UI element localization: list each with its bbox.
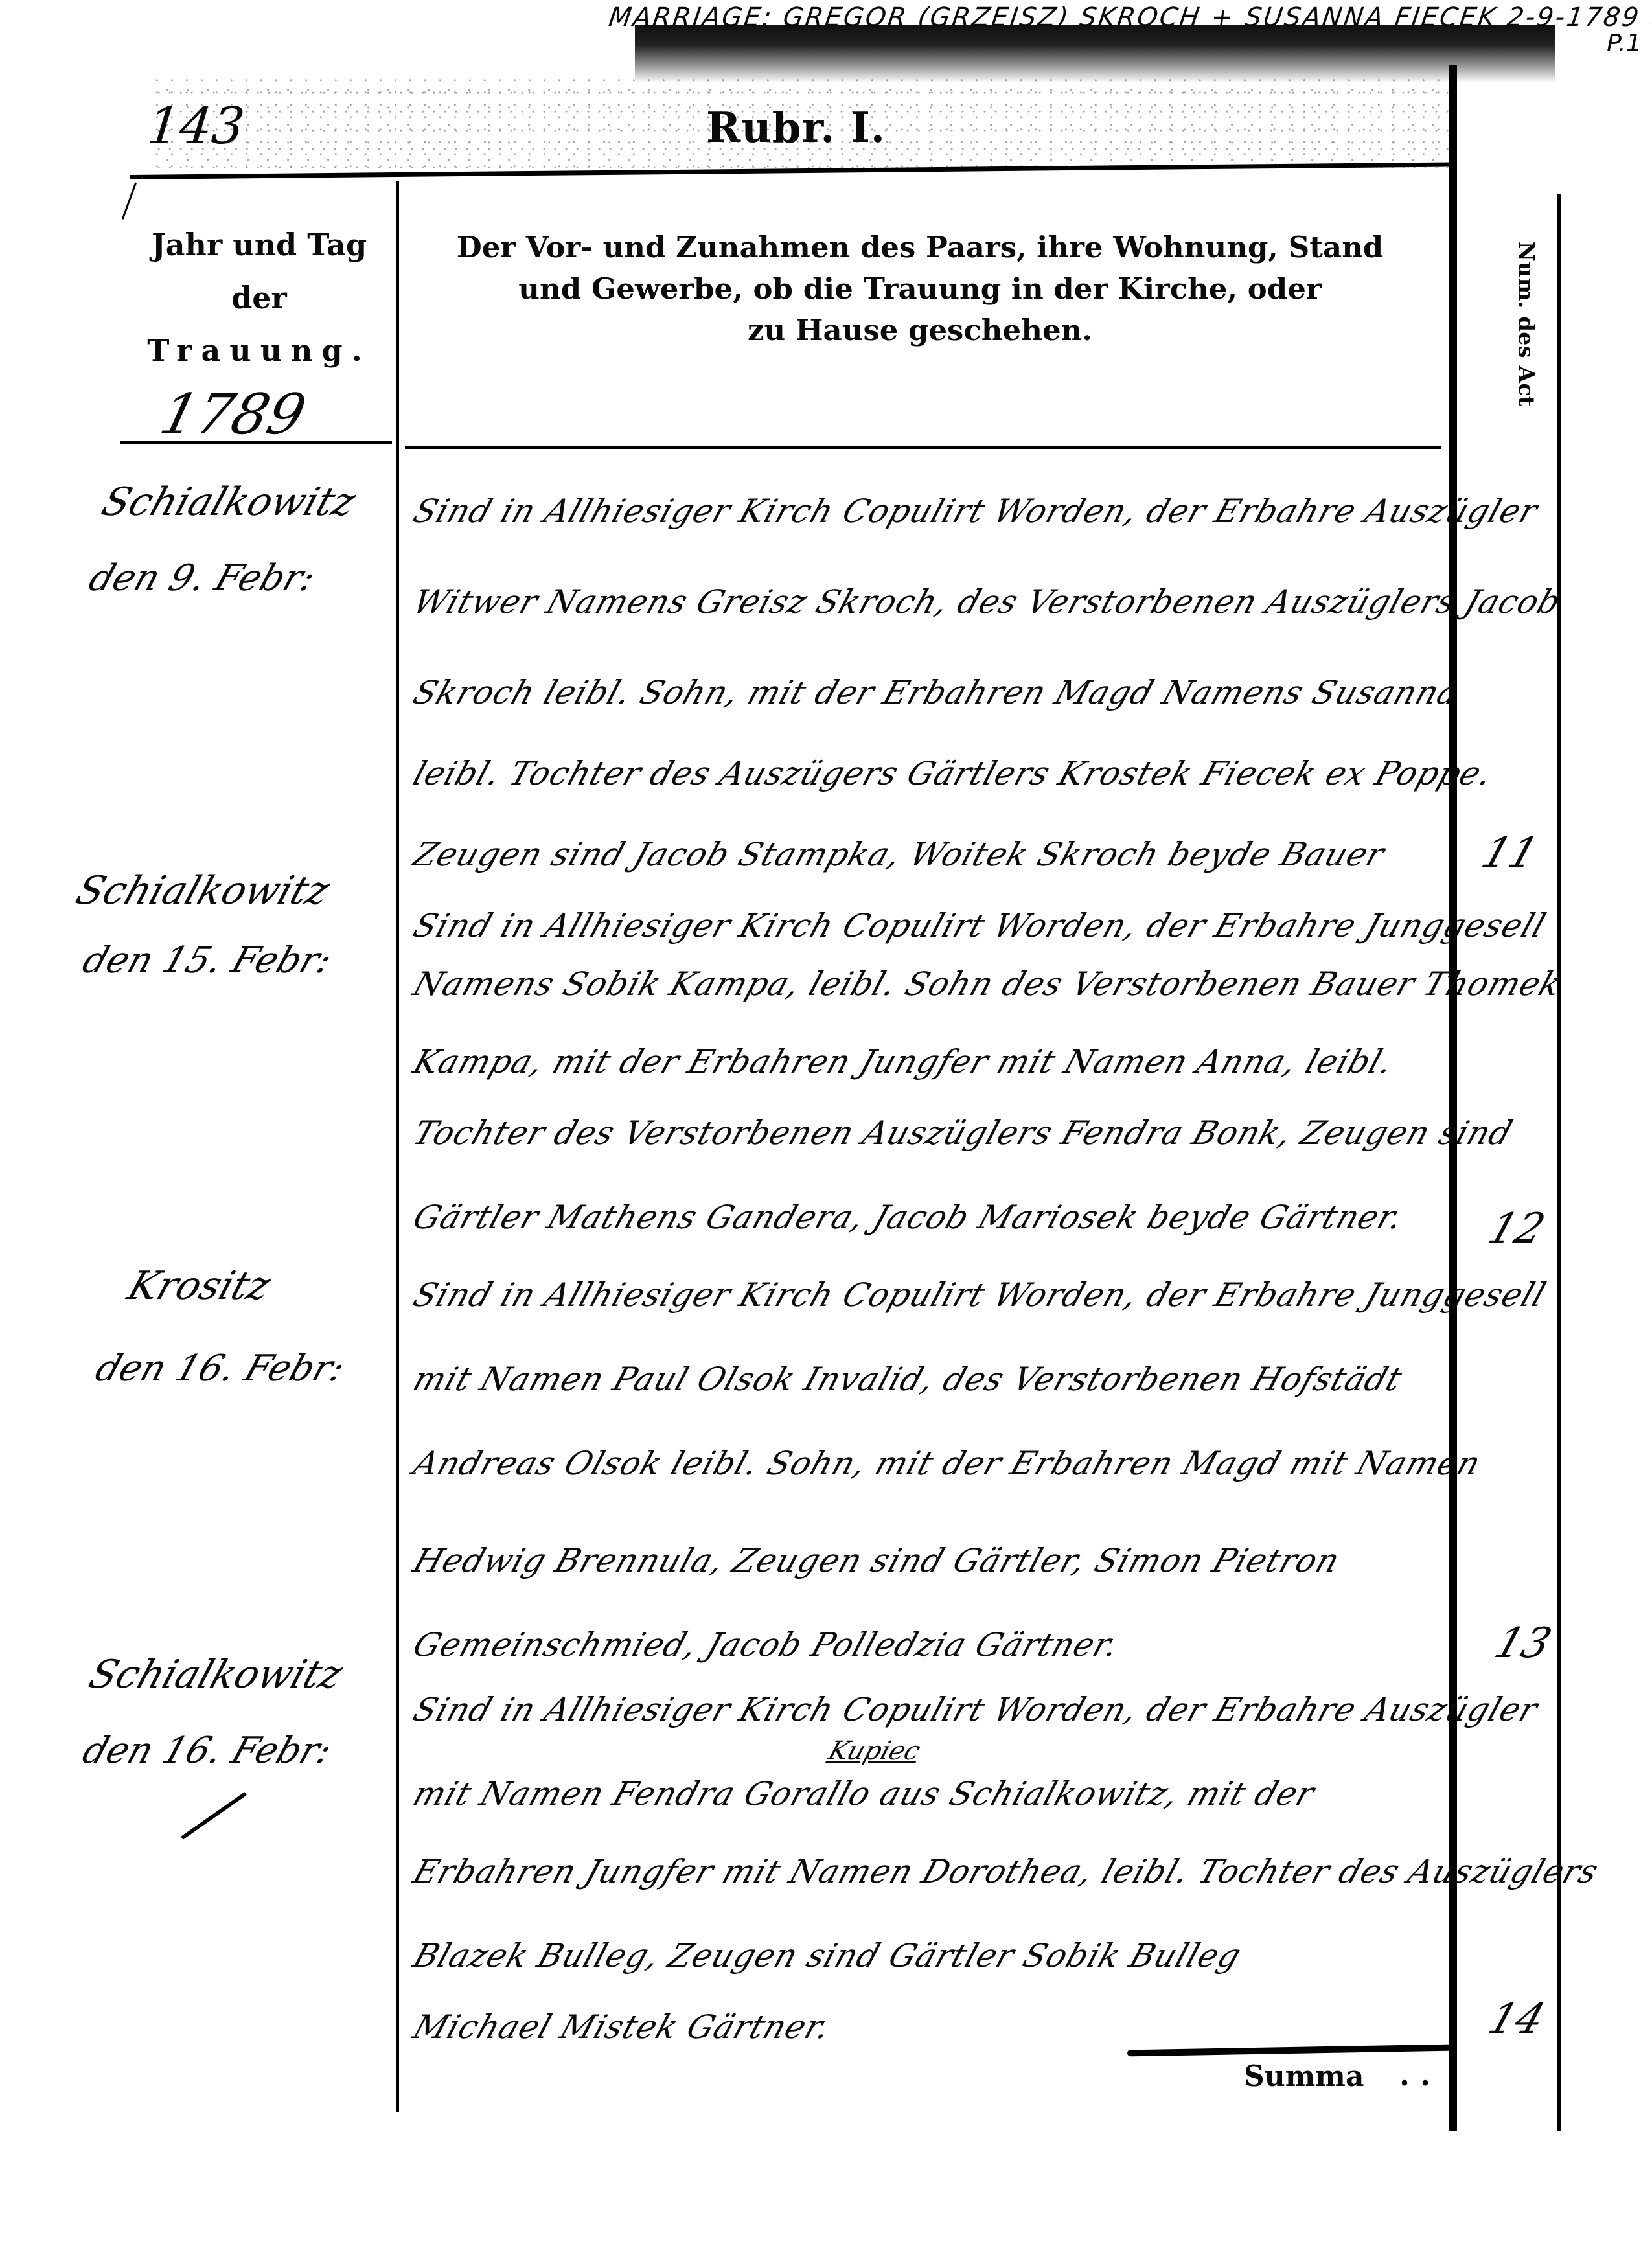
entry-1-line-4: leibl. Tochter des Auszügers Gärtlers Kr… xyxy=(409,755,1498,792)
entry-2-line-4: Tochter des Verstorbenen Auszüglers Fend… xyxy=(409,1114,1518,1152)
left-margin-rule xyxy=(122,182,137,219)
column-divider-date xyxy=(396,181,399,2112)
entry-2-line-3: Kampa, mit der Erbahren Jungfer mit Name… xyxy=(409,1043,1399,1081)
entry-4-place: Schialkowitz xyxy=(84,1652,349,1697)
photocopy-dark-band xyxy=(635,25,1555,83)
entry-2-line-2: Namens Sobik Kampa, leibl. Sohn des Vers… xyxy=(409,965,1566,1003)
entry-4-line-4: Blazek Bulleg, Zeugen sind Gärtler Sobik… xyxy=(409,1937,1246,1975)
entry-3-line-5: Gemeinschmied, Jacob Polledzia Gärtner. xyxy=(409,1626,1124,1664)
entry-2-line-1: Sind in Allhiesiger Kirch Copulirt Worde… xyxy=(409,907,1551,945)
entry-3-line-4: Hedwig Brennula, Zeugen sind Gärtler, Si… xyxy=(409,1542,1345,1579)
entry-4-line-1: Sind in Allhiesiger Kirch Copulirt Worde… xyxy=(409,1691,1543,1728)
annotation-page-marker: P.1 xyxy=(1607,29,1642,57)
entry-4-dash xyxy=(181,1792,247,1840)
entry-2-place: Schialkowitz xyxy=(71,868,336,913)
year-entry: 1789 xyxy=(154,382,312,447)
header-date-line-3: Trauung. xyxy=(130,332,389,370)
entry-3-line-3: Andreas Olsok leibl. Sohn, mit der Erbah… xyxy=(409,1445,1486,1482)
entry-3-line-2: mit Namen Paul Olsok Invalid, des Versto… xyxy=(409,1360,1407,1398)
entry-3-line-1: Sind in Allhiesiger Kirch Copulirt Worde… xyxy=(409,1276,1551,1314)
entry-3-place: Krositz xyxy=(122,1263,277,1309)
entry-4-act-number: 14 xyxy=(1482,1995,1550,2043)
summa-rule xyxy=(1127,2045,1451,2057)
header-date-line-1: Jahr und Tag xyxy=(130,227,389,264)
entry-2-line-5: Gärtler Mathens Gandera, Jacob Mariosek … xyxy=(409,1198,1408,1236)
entry-1-act-number: 11 xyxy=(1476,829,1544,877)
entry-4-day: den 16. Febr: xyxy=(77,1730,337,1772)
column-divider-names-thick xyxy=(1449,65,1457,2131)
header-names-line-1: Der Vor- und Zunahmen des Paars, ihre Wo… xyxy=(402,227,1438,268)
entry-4-interlinear-note: Kupiec xyxy=(825,1736,924,1766)
header-number-label: Num. des Act xyxy=(1512,242,1540,407)
entry-2-day: den 15. Febr: xyxy=(77,939,337,981)
header-date-line-2: der xyxy=(130,280,389,317)
header-names-line-2: und Gewerbe, ob die Trauung in der Kirch… xyxy=(402,268,1438,310)
summa-dots: . . xyxy=(1399,2057,1430,2092)
header-rule-names xyxy=(405,446,1441,449)
entry-1-day: den 9. Febr: xyxy=(84,557,321,599)
entry-4-line-2: mit Namen Fendra Gorallo aus Schialkowit… xyxy=(409,1775,1320,1813)
header-number-column: Num. des Act xyxy=(1497,227,1555,421)
entry-4-line-5: Michael Mistek Gärtner. xyxy=(409,2008,836,2046)
folio-number: 143 xyxy=(144,97,247,155)
rubric-title: Rubr. I. xyxy=(706,104,886,152)
entry-3-act-number: 13 xyxy=(1489,1620,1557,1667)
summa-label: Summa xyxy=(1244,2060,1364,2093)
entry-1-place: Schialkowitz xyxy=(97,479,361,525)
header-names-column: Der Vor- und Zunahmen des Paars, ihre Wo… xyxy=(402,227,1438,351)
header-date-column: Jahr und Tag der Trauung. xyxy=(130,227,389,370)
column-divider-num xyxy=(1557,194,1561,2131)
entry-1-line-3: Skroch leibl. Sohn, mit der Erbahren Mag… xyxy=(409,674,1465,711)
archival-annotation: MARRIAGE: GREGOR (GRZEISZ) SKROCH + SUSA… xyxy=(607,3,1652,32)
entry-2-act-number: 12 xyxy=(1482,1205,1550,1253)
entry-3-day: den 16. Febr: xyxy=(90,1347,350,1390)
entry-1-line-2: Witwer Namens Greisz Skroch, des Verstor… xyxy=(409,583,1566,621)
entry-1-line-5: Zeugen sind Jacob Stampka, Woitek Skroch… xyxy=(409,836,1390,873)
entry-1-line-1: Sind in Allhiesiger Kirch Copulirt Worde… xyxy=(409,492,1543,530)
header-names-line-3: zu Hause geschehen. xyxy=(402,310,1438,351)
entry-4-line-3: Erbahren Jungfer mit Namen Dorothea, lei… xyxy=(409,1853,1603,1890)
